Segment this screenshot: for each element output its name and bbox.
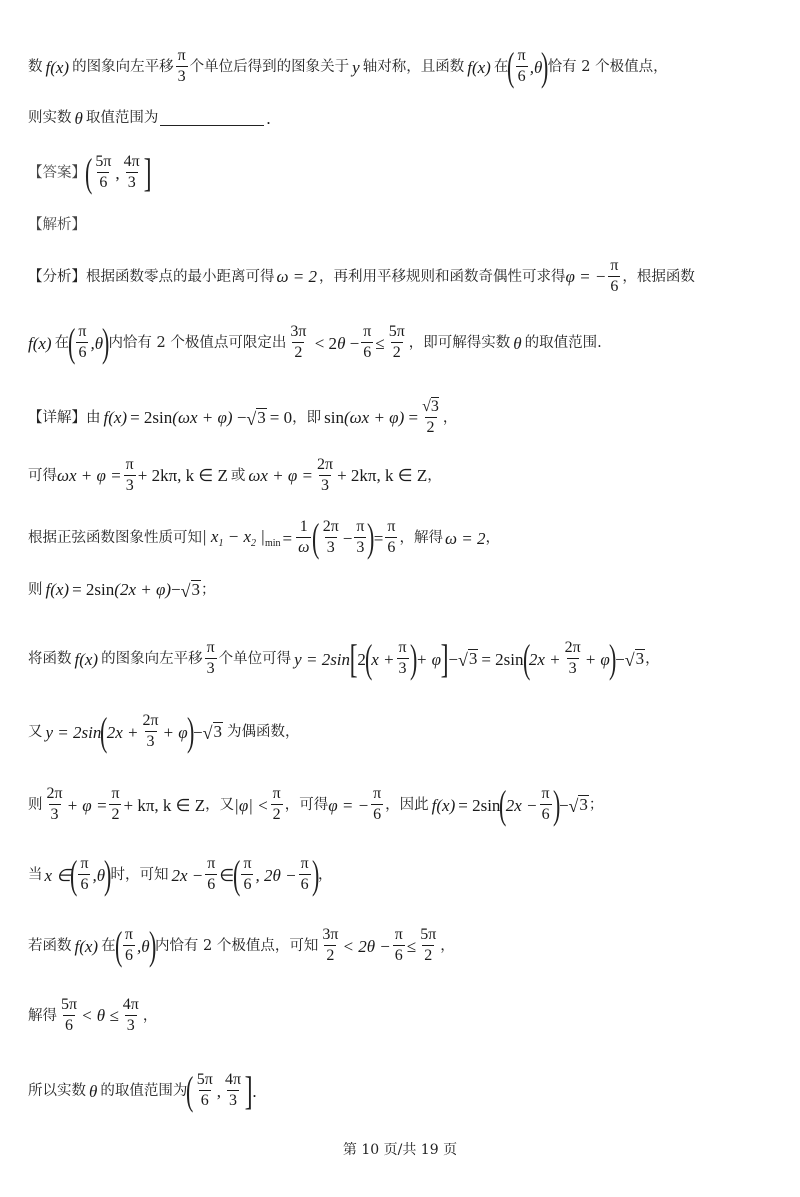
sqrt-3: √3 xyxy=(181,580,201,600)
math-phi-eq: φ = − xyxy=(565,268,606,285)
math-theta: θ xyxy=(513,335,521,352)
detail-line-11: 所以实数 θ 的取值范围为 ( 5π6 , 4π3 ] . xyxy=(28,1071,257,1111)
fraction-pi-over-6: π6 xyxy=(540,786,552,824)
detail-line-7: 则 2π3 + φ = π2 + kπ, k ∈ Z ，又 |φ| < π2 ，… xyxy=(28,785,603,825)
fraction-4pi-over-3: 4π3 xyxy=(223,1072,243,1110)
right-bracket: ] xyxy=(143,153,151,193)
math-expr: x ∈ xyxy=(45,867,72,884)
detail-text: 时，可知 xyxy=(110,868,168,883)
left-paren: ( xyxy=(523,639,530,679)
right-paren: ) xyxy=(553,785,560,825)
detail-text: ，又 xyxy=(205,798,234,813)
math-fx: f(x) xyxy=(28,335,52,352)
fraction-pi-over-6: π6 xyxy=(516,48,528,86)
math-theta: θ xyxy=(89,1083,97,1100)
detail-text: 则 xyxy=(28,798,43,813)
fraction-pi-over-6: π6 xyxy=(385,519,397,557)
math-expr: + kπ, k ∈ Z xyxy=(124,797,206,814)
detail-text: 可得 xyxy=(28,469,57,484)
detail-text: 解得 xyxy=(28,1009,57,1024)
math-fx: f(x) xyxy=(75,938,99,955)
answer-blank xyxy=(160,111,264,126)
fraction-2pi-over-3: 2π3 xyxy=(140,713,160,751)
detail-text: 则 xyxy=(28,583,43,598)
math-expr: |φ| < xyxy=(234,797,268,814)
period: . xyxy=(266,110,270,127)
page-number: 第 10 页/共 19 页 xyxy=(0,1139,800,1159)
analysis-text: 在 xyxy=(55,336,70,351)
math-expr: φ = − xyxy=(328,797,369,814)
detail-text: 个单位可得 xyxy=(219,652,292,667)
fraction-3pi-over-2: 3π2 xyxy=(320,927,340,965)
detail-line-2: 可得 ωx + φ = π3 + 2kπ, k ∈ Z 或 ωx + φ = 2… xyxy=(28,457,442,495)
problem-text: 取值范围为 xyxy=(86,111,159,126)
math-op: − xyxy=(171,581,181,598)
math-expr: , 2θ − xyxy=(256,867,297,884)
fraction-pi-over-3: π3 xyxy=(124,457,136,495)
left-paren: ( xyxy=(365,639,372,679)
sqrt-3: √3 xyxy=(203,722,223,742)
math-theta: ,θ xyxy=(137,938,150,955)
math-expr: + 2kπ, k ∈ Z xyxy=(337,467,427,484)
left-bracket: [ xyxy=(350,639,358,679)
analysis-text: ，再利用平移规则和函数奇偶性可求得 xyxy=(319,270,566,285)
analysis-line-2: f(x) 在 ( π6 ,θ ) 内恰有 2 个极值点可限定出 3π2 < 2θ… xyxy=(28,323,602,363)
math-fx: f(x) xyxy=(432,797,456,814)
math-expr: (ωx + φ) xyxy=(344,409,409,426)
fraction-5pi-over-6: 5π6 xyxy=(59,997,79,1035)
math-omega-eq: ω = 2 xyxy=(277,268,317,285)
detail-text: ； xyxy=(589,798,604,813)
right-paren: ) xyxy=(541,47,548,87)
fraction-pi-over-6: π6 xyxy=(205,856,217,894)
sqrt-3: √3 xyxy=(458,649,478,669)
detail-text: 若函数 xyxy=(28,939,72,954)
analysis-text: 内恰有 2 个极值点可限定出 xyxy=(108,336,286,351)
math-y: y xyxy=(352,59,360,76)
fraction-pi-over-6: π6 xyxy=(608,258,620,296)
analysis-label: 【解析】 xyxy=(28,218,86,233)
math-expr: + φ xyxy=(163,724,188,741)
fraction-2pi-over-3: 2π3 xyxy=(45,786,65,824)
answer-line: 【答案】 ( 5π6 , 4π3 ] xyxy=(28,153,151,193)
math-op: ∈ xyxy=(219,867,234,884)
left-paren: ( xyxy=(507,47,514,87)
problem-text: 的图象向左平移 xyxy=(72,60,174,75)
analysis-line-1: 【分析】 根据函数零点的最小距离可得 ω = 2 ，再利用平移规则和函数奇偶性可… xyxy=(28,258,695,296)
sqrt-3: √3 xyxy=(625,649,645,669)
fraction-pi-over-6: π6 xyxy=(361,324,373,362)
math-op: = xyxy=(374,530,384,547)
fraction-pi-over-6: π6 xyxy=(241,856,253,894)
fraction-pi-over-6: π6 xyxy=(393,927,405,965)
left-paren: ( xyxy=(85,153,92,193)
detail-text: 或 xyxy=(231,469,246,484)
problem-line-2: 则实数 θ 取值范围为 . xyxy=(28,110,271,127)
answer-left-fraction: 5π6 xyxy=(93,154,113,192)
math-expr: < θ ≤ xyxy=(81,1007,119,1024)
left-paren: ( xyxy=(499,785,506,825)
math-fx: f(x) xyxy=(104,409,128,426)
math-fx: f(x) xyxy=(46,59,70,76)
fraction-2pi-over-3: 2π3 xyxy=(563,640,583,678)
left-paren: ( xyxy=(233,855,240,895)
math-theta: θ xyxy=(75,110,83,127)
math-expr: (ωx + φ) xyxy=(172,409,237,426)
right-paren: ) xyxy=(149,926,156,966)
detail-text: ， xyxy=(318,868,333,883)
left-paren: ( xyxy=(100,712,107,752)
right-paren: ) xyxy=(187,712,194,752)
math-expr: = 2sin xyxy=(130,409,172,426)
problem-text: 恰有 2 个极值点， xyxy=(548,60,668,75)
right-paren: ) xyxy=(102,323,109,363)
math-expr: + φ xyxy=(585,651,610,668)
math-expr: y = 2sin xyxy=(294,651,350,668)
problem-text: 数 xyxy=(28,60,43,75)
left-paren: ( xyxy=(312,518,319,558)
right-paren: ) xyxy=(367,518,374,558)
math-expr: 2x + xyxy=(107,724,139,741)
left-paren: ( xyxy=(68,323,75,363)
analysis-text: ，根据函数 xyxy=(622,270,695,285)
fraction-pi-over-2: π2 xyxy=(271,786,283,824)
detail-text: ， xyxy=(485,531,500,546)
problem-text: 则实数 xyxy=(28,111,72,126)
sqrt-3: √3 xyxy=(246,408,266,428)
fraction-3pi-over-2: 3π2 xyxy=(288,324,308,362)
math-expr: + 2kπ, k ∈ Z xyxy=(138,467,228,484)
math-expr: (2x + φ) xyxy=(114,581,171,598)
detail-text: 在 xyxy=(101,939,116,954)
math-op: ≤ xyxy=(407,938,416,955)
math-abs-diff: | x1 − x2 |min xyxy=(202,528,281,549)
fraction-pi-over-2: π2 xyxy=(109,786,121,824)
fraction-5pi-over-6: 5π6 xyxy=(195,1072,215,1110)
fraction-pi-over-6: π6 xyxy=(299,856,311,894)
detail-text: ； xyxy=(201,583,216,598)
detail-line-4: 则 f(x) = 2sin (2x + φ) − √3 ； xyxy=(28,580,216,600)
detail-text: ， xyxy=(143,1009,158,1024)
detail-text: 由 xyxy=(86,411,101,426)
math-expr: = 2sin xyxy=(481,651,523,668)
detail-line-8: 当 x ∈ ( π6 ,θ ) 时，可知 2x − π6 ∈ ( π6 , 2θ… xyxy=(28,855,333,895)
fraction-pi-over-3: π3 xyxy=(176,48,188,86)
analysis-header: 【解析】 xyxy=(28,218,86,233)
detail-line-9: 若函数 f(x) 在 ( π6 ,θ ) 内恰有 2 个极值点，可知 3π2 <… xyxy=(28,926,455,966)
math-expr: < 2θ − xyxy=(342,938,390,955)
math-op: − xyxy=(193,724,203,741)
fraction-pi-over-6: π6 xyxy=(76,324,88,362)
detail-line-6: 又 y = 2sin ( 2x + 2π3 + φ ) − √3 为偶函数， xyxy=(28,712,300,752)
left-paren: ( xyxy=(70,855,77,895)
detail-text: ， xyxy=(440,939,455,954)
math-op: < 2θ − xyxy=(310,335,359,352)
comma: , xyxy=(217,1083,221,1100)
fraction-pi-over-6: π6 xyxy=(78,856,90,894)
detail-line-10: 解得 5π6 < θ ≤ 4π3 ， xyxy=(28,997,157,1035)
detail-line-3: 根据正弦函数图象性质可知 | x1 − x2 |min = 1ω ( 2π3 −… xyxy=(28,518,500,558)
detail-text: ，即 xyxy=(292,411,321,426)
analysis-text: 根据函数零点的最小距离可得 xyxy=(86,270,275,285)
detail-text: 的取值范围为 xyxy=(100,1084,187,1099)
problem-text: 轴对称，且函数 xyxy=(363,60,465,75)
math-expr: x + xyxy=(371,651,394,668)
right-bracket: ] xyxy=(245,1071,253,1111)
math-op: = xyxy=(409,409,419,426)
math-fx: f(x) xyxy=(75,651,99,668)
detail-text: ，解得 xyxy=(399,531,443,546)
right-paren: ) xyxy=(104,855,111,895)
math-expr: ωx + φ = xyxy=(248,467,313,484)
answer-right-fraction: 4π3 xyxy=(122,154,142,192)
analysis-text: 的取值范围. xyxy=(525,336,602,351)
detail-text: ，可得 xyxy=(285,798,329,813)
detail-text: 的图象向左平移 xyxy=(101,652,203,667)
detail-text: 将函数 xyxy=(28,652,72,667)
math-expr: y = 2sin xyxy=(46,724,102,741)
answer-label: 【答案】 xyxy=(28,166,86,181)
detail-line-5: 将函数 f(x) 的图象向左平移 π3 个单位可得 y = 2sin [ 2 (… xyxy=(28,639,660,679)
math-expr: = 0 xyxy=(270,409,292,426)
math-op: = xyxy=(283,530,293,547)
fraction-pi-over-3: π3 xyxy=(396,640,408,678)
fraction-pi-over-6: π6 xyxy=(371,786,383,824)
fraction-2pi-over-3: 2π3 xyxy=(315,457,335,495)
fraction-5pi-over-2: 5π2 xyxy=(418,927,438,965)
math-op: − xyxy=(237,409,247,426)
math-op: − xyxy=(559,797,569,814)
detail-text: 所以实数 xyxy=(28,1084,86,1099)
fraction-4pi-over-3: 4π3 xyxy=(121,997,141,1035)
right-bracket: ] xyxy=(441,639,449,679)
math-fx: f(x) xyxy=(467,59,491,76)
math-op: ≤ xyxy=(375,335,384,352)
math-expr: sin xyxy=(324,409,344,426)
analysis-tag: 【分析】 xyxy=(28,270,86,285)
comma: , xyxy=(115,165,119,182)
math-fx: f(x) xyxy=(46,581,70,598)
fraction-pi-over-6: π6 xyxy=(123,927,135,965)
math-expr: + φ = xyxy=(67,797,108,814)
detail-text: ，因此 xyxy=(385,798,429,813)
right-paren: ) xyxy=(410,639,417,679)
left-paren: ( xyxy=(115,926,122,966)
fraction-5pi-over-2: 5π2 xyxy=(387,324,407,362)
math-expr: 2x − xyxy=(506,797,538,814)
left-paren: ( xyxy=(186,1071,193,1111)
math-op: − xyxy=(343,530,353,547)
fraction-2pi-over-3: 2π3 xyxy=(321,519,341,557)
right-paren: ) xyxy=(312,855,319,895)
fraction-sqrt3-over-2: √32 xyxy=(420,399,441,437)
detail-text: ， xyxy=(427,469,442,484)
detail-text: 内恰有 2 个极值点，可知 xyxy=(155,939,318,954)
detail-text: 根据正弦函数图象性质可知 xyxy=(28,531,202,546)
detail-text: 为偶函数， xyxy=(227,725,300,740)
math-op: − xyxy=(615,651,625,668)
detail-text: ， xyxy=(443,411,458,426)
detail-line-1: 【详解】 由 f(x) = 2sin (ωx + φ) − √3 = 0 ，即 … xyxy=(28,399,457,437)
fraction-pi-over-3: π3 xyxy=(354,519,366,557)
math-expr: 2x − xyxy=(171,867,203,884)
detail-text: 当 xyxy=(28,868,43,883)
math-expr: 2x + xyxy=(529,651,561,668)
math-expr: ωx + φ = xyxy=(57,467,122,484)
period: . xyxy=(252,1083,256,1100)
sqrt-3: √3 xyxy=(569,795,589,815)
analysis-text: ，即可解得实数 xyxy=(409,336,511,351)
math-expr: ω = 2 xyxy=(445,530,485,547)
detail-text: 又 xyxy=(28,725,43,740)
detail-text: ， xyxy=(645,652,660,667)
math-op: − xyxy=(448,651,458,668)
fraction-1-over-omega: 1ω xyxy=(296,519,311,557)
math-expr: = 2sin xyxy=(72,581,114,598)
problem-line-1: 数 f(x) 的图象向左平移 π3 个单位后得到的图象关于 y 轴对称，且函数 … xyxy=(28,47,668,87)
math-expr: + φ xyxy=(416,651,441,668)
right-paren: ) xyxy=(609,639,616,679)
problem-text: 个单位后得到的图象关于 xyxy=(190,60,350,75)
math-expr: = 2sin xyxy=(458,797,500,814)
fraction-pi-over-3: π3 xyxy=(205,640,217,678)
detail-tag: 【详解】 xyxy=(28,411,86,426)
